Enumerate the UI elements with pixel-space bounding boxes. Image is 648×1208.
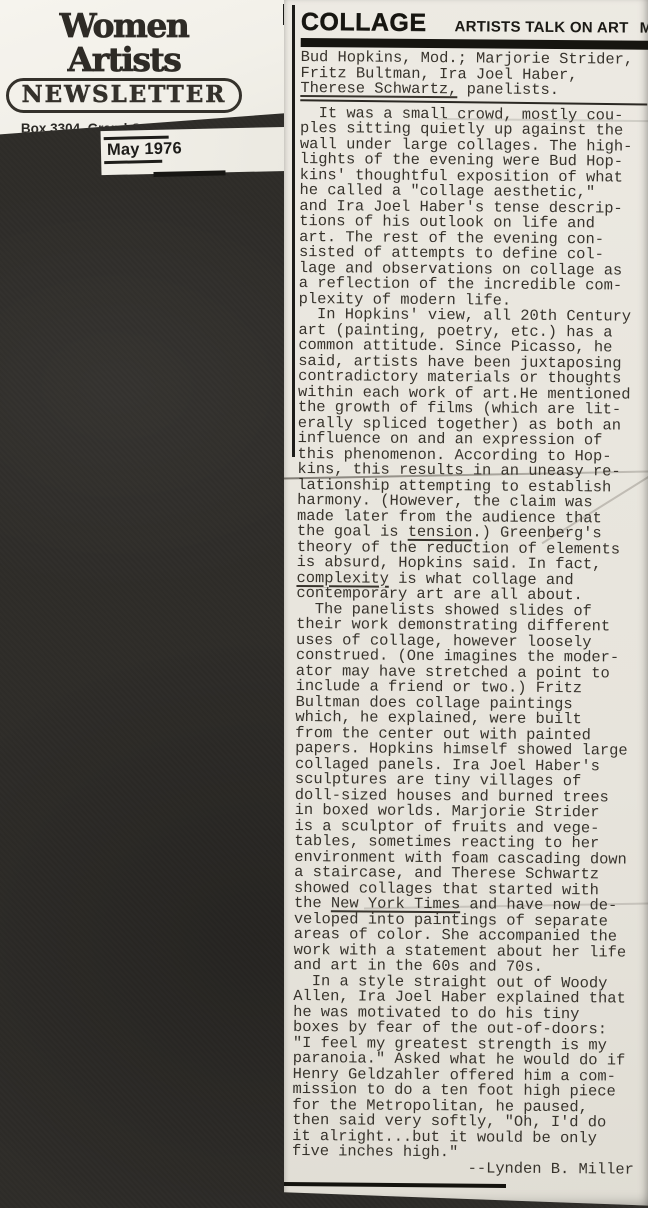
article-header: COLLAGE ARTISTS TALK ON ART March 26 [301, 8, 646, 40]
article-line: Therese Schwartz, panelists. [300, 81, 645, 99]
newsletter-title: Women Artists [0, 9, 248, 77]
byline: --Lynden B. Miller [292, 1159, 637, 1177]
article-clipping: COLLAGE ARTISTS TALK ON ART March 26 Bud… [284, 0, 648, 1208]
article-body: It was a small crowd, mostly cou-ples si… [292, 105, 645, 1162]
label-rule-bottom [104, 160, 162, 164]
panelists-intro: Bud Hopkins, Mod.; Marjorie Strider,Frit… [300, 50, 645, 99]
column-left-rule [292, 5, 295, 457]
newsletter-subtitle: NEWSLETTER [22, 81, 227, 108]
masthead-card: Women Artists NEWSLETTER Box 3304, Grand… [0, 0, 302, 140]
article-column: COLLAGE ARTISTS TALK ON ART March 26 Bud… [292, 8, 646, 1178]
article-date: March 26 [640, 20, 648, 38]
section-title: COLLAGE [301, 8, 427, 38]
issue-date-label: May 1976 [101, 127, 292, 175]
label-edge-shadow [153, 170, 225, 177]
series-title: ARTISTS TALK ON ART [455, 18, 629, 36]
scanned-newsletter-page: Women Artists NEWSLETTER Box 3304, Grand… [0, 0, 648, 1208]
issue-date-text: May 1976 [107, 137, 291, 160]
clipping-bottom-rule [284, 1182, 506, 1188]
newsletter-subtitle-badge: NEWSLETTER [6, 78, 243, 113]
